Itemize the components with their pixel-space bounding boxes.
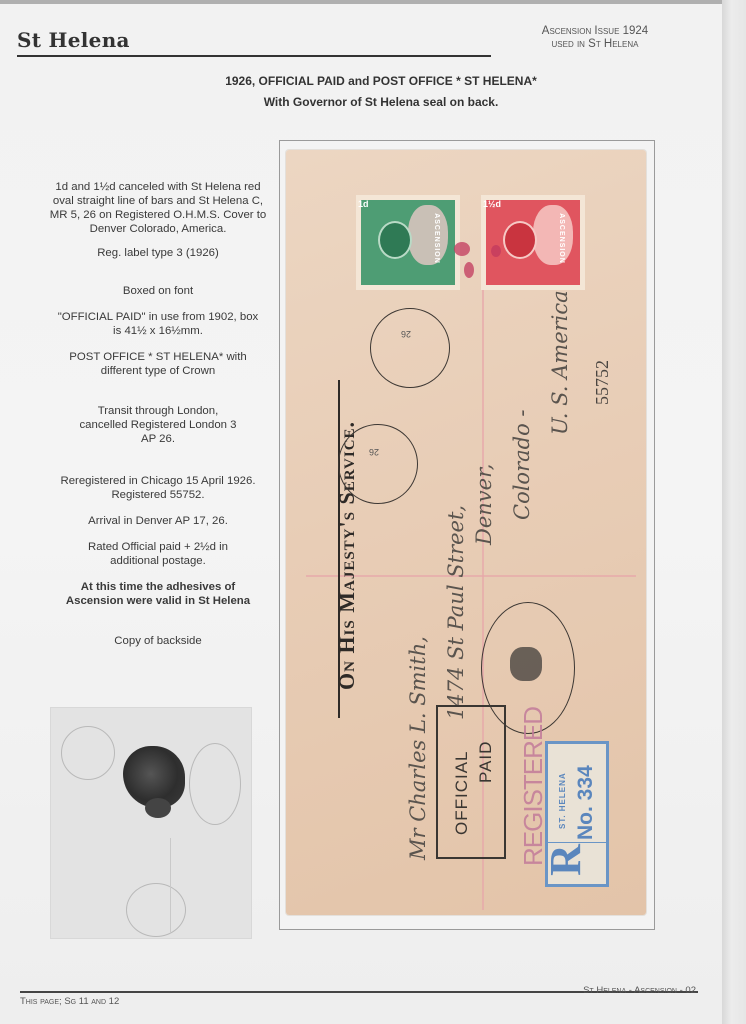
issue-caption: Ascension Issue 1924 used in St Helena	[515, 25, 675, 51]
note: "OFFICIAL PAID" in use from 1902, box is…	[44, 310, 272, 338]
note: Transit through London, cancelled Regist…	[44, 404, 272, 446]
backside-postmark	[189, 743, 241, 825]
backside-postmark	[126, 883, 186, 937]
description-notes: 1d and 1½d canceled with St Helena red o…	[44, 180, 272, 648]
crown-icon	[510, 647, 542, 681]
note: POST OFFICE * ST HELENA* with different …	[44, 350, 272, 378]
red-cancel	[464, 262, 474, 278]
header-rule	[17, 55, 491, 57]
note: Rated Official paid + 2½d in additional …	[44, 540, 272, 568]
envelope: 1d ASCENSION 1½d ASCENSION On His Majest…	[286, 150, 646, 915]
note-emphasis: At this time the adhesives of Ascension …	[44, 580, 272, 608]
backside-caption: Copy of backside	[44, 634, 272, 648]
address-line: 1474 St Paul Street,	[444, 505, 468, 720]
backside-fold	[170, 838, 171, 933]
stamp-1d: 1d ASCENSION	[356, 195, 460, 290]
official-paid-cachet: OFFICIAL PAID	[436, 705, 506, 859]
address-line: Mr Charles L. Smith,	[406, 636, 430, 860]
note: Boxed on font	[44, 284, 272, 298]
note: 1d and 1½d canceled with St Helena red o…	[44, 180, 272, 236]
page-title: 1926, OFFICIAL PAID and POST OFFICE * ST…	[20, 74, 742, 88]
postmark: 26	[338, 424, 418, 504]
red-cancel	[454, 242, 470, 256]
scan-edge	[0, 0, 746, 4]
note: Reg. label type 3 (1926)	[44, 246, 272, 260]
wax-seal-drip	[145, 798, 171, 818]
note: Arrival in Denver AP 17, 26.	[44, 514, 272, 528]
registration-number: 55752	[592, 360, 613, 405]
footer-catalogue-ref: This page; Sg 11 and 12	[20, 996, 119, 1007]
backside-photo	[50, 707, 252, 939]
backside-postmark	[61, 726, 115, 780]
brand-title: St Helena	[17, 28, 130, 52]
issue-line-2: used in St Helena	[515, 38, 675, 51]
footer-page-ref: St Helena - Ascension - 02	[583, 985, 696, 996]
note: Reregistered in Chicago 15 April 1926. R…	[44, 474, 272, 502]
issue-line-1: Ascension Issue 1924	[515, 25, 675, 38]
stamp-1-5d: 1½d ASCENSION	[481, 195, 585, 290]
address-line: Colorado -	[510, 410, 534, 521]
address-line: U. S. America	[548, 290, 572, 435]
red-cancel	[491, 245, 501, 257]
registration-label: R ST. HELENA No. 334	[545, 741, 609, 887]
page-subtitle: With Governor of St Helena seal on back.	[20, 95, 742, 109]
postmark: 26	[370, 308, 450, 388]
page-edge	[722, 0, 746, 1024]
address-line: Denver,	[472, 464, 496, 546]
